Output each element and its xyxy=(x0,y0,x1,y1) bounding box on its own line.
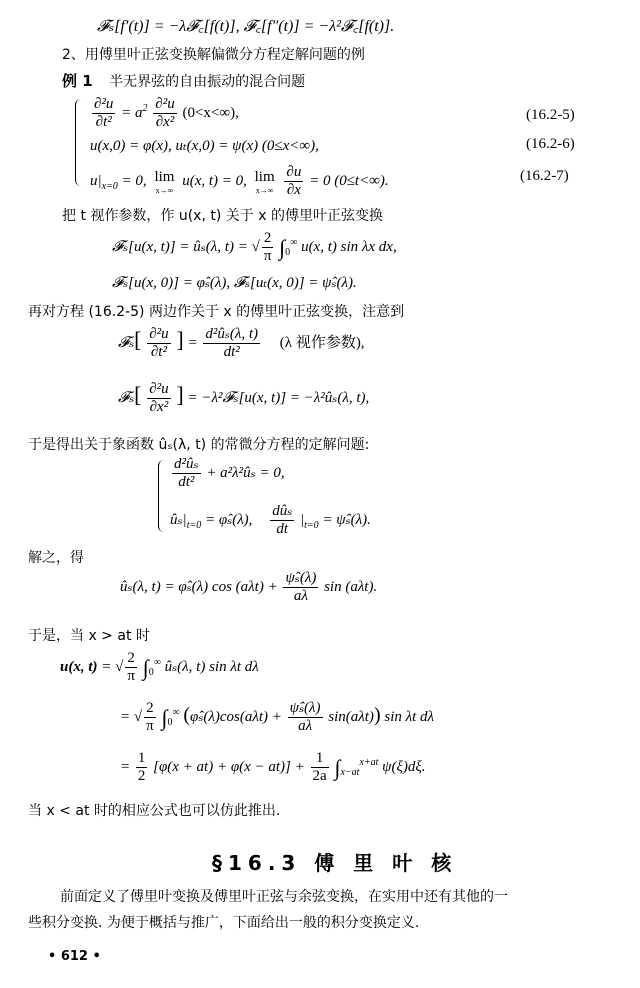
section-title: §16.3 傅 里 叶 核 xyxy=(212,847,457,876)
ode-left-brace xyxy=(158,460,165,532)
paragraph-when-x-greater: 于是，当 x > at 时 xyxy=(28,625,150,645)
equation-number-16-2-7: (16.2-7) xyxy=(520,168,569,185)
formula-transform-time-derivative: 𝓕ₛ[ ∂²u∂t² ] = d²ûₛ(λ, t)dt² (λ 视作参数), xyxy=(118,326,365,362)
paragraph-ode-problem: 于是得出关于象函数 ûₛ(λ, t) 的常微分方程的定解问题: xyxy=(28,434,369,454)
subsection-heading: 2、用傅里叶正弦变换解偏微分方程定解问题的例 xyxy=(62,44,365,64)
paragraph-solve: 解之，得 xyxy=(28,547,84,567)
example-heading: 例 1 半无界弦的自由振动的混合问题 xyxy=(62,70,305,91)
equation-16-2-5: ∂²u∂t² = a2 ∂²u∂x² (0<x<∞), xyxy=(90,96,239,132)
page-number: • 612 • xyxy=(48,949,101,964)
paragraph-treat-t-as-parameter: 把 t 视作参数，作 u(x, t) 关于 x 的傅里叶正弦变换 xyxy=(62,205,383,225)
example-label: 例 1 xyxy=(62,72,93,90)
ode-equation: d²ûₛdt² + a²λ²ûₛ = 0, xyxy=(170,456,285,492)
formula-initial-transforms: 𝓕ₛ[u(x, 0)] = φ̂ₛ(λ), 𝓕ₛ[uₜ(x, 0)] = ψ̂ₛ… xyxy=(112,273,357,292)
example-title: 半无界弦的自由振动的混合问题 xyxy=(109,74,305,90)
paragraph-intro-line-1: 前面定义了傅里叶变换及傅里叶正弦与余弦变换，在实用中还有其他的一 xyxy=(60,886,508,906)
formula-substituted-integral: = √2π ∫0∞ (φ̂ₛ(λ)cos(aλt) + ψ̂ₛ(λ)aλ sin… xyxy=(120,700,434,736)
formula-sine-transform-definition: 𝓕ₛ[u(x, t)] = ûₛ(λ, t) = √2π ∫0∞ u(x, t)… xyxy=(112,230,397,266)
ode-initial-conditions: ûₛ|t=0 = φ̂ₛ(λ), dûₛdt |t=0 = ψ̂ₛ(λ). xyxy=(170,503,371,539)
formula-derivative-transforms: 𝓕ₛ[f′(t)] = −λ𝓕꜀[f(t)], 𝓕꜀[f″(t)] = −λ²𝓕… xyxy=(97,14,394,36)
paragraph-intro-line-2: 些积分变换. 为便于概括与推广，下面给出一般的积分变换定义. xyxy=(28,912,419,932)
formula-ode-solution: ûₛ(λ, t) = φ̂ₛ(λ) cos (aλt) + ψ̂ₛ(λ)aλ s… xyxy=(120,570,377,606)
equation-number-16-2-5: (16.2-5) xyxy=(526,107,575,124)
equation-number-16-2-6: (16.2-6) xyxy=(526,136,575,153)
left-brace xyxy=(75,99,82,186)
equation-16-2-7: u|x=0 = 0, limx→∞ u(x, t) = 0, limx→∞ ∂u… xyxy=(90,164,389,200)
paragraph-apply-transform: 再对方程 (16.2-5) 两边作关于 x 的傅里叶正弦变换，注意到 xyxy=(28,301,404,321)
formula-dalembert: = 12 [φ(x + at) + φ(x − at)] + 12a ∫x−at… xyxy=(120,750,426,786)
formula-transform-space-derivative: 𝓕ₛ[ ∂²u∂x² ] = −λ²𝓕ₛ[u(x, t)] = −λ²ûₛ(λ,… xyxy=(118,381,369,417)
equation-16-2-6: u(x,0) = φ(x), uₜ(x,0) = ψ(x) (0≤x<∞), xyxy=(90,136,319,155)
paragraph-when-x-less: 当 x < at 时的相应公式也可以仿此推出. xyxy=(28,800,280,820)
formula-inverse-transform: u(x, t) = √2π ∫0∞ ûₛ(λ, t) sin λt dλ xyxy=(60,650,259,686)
